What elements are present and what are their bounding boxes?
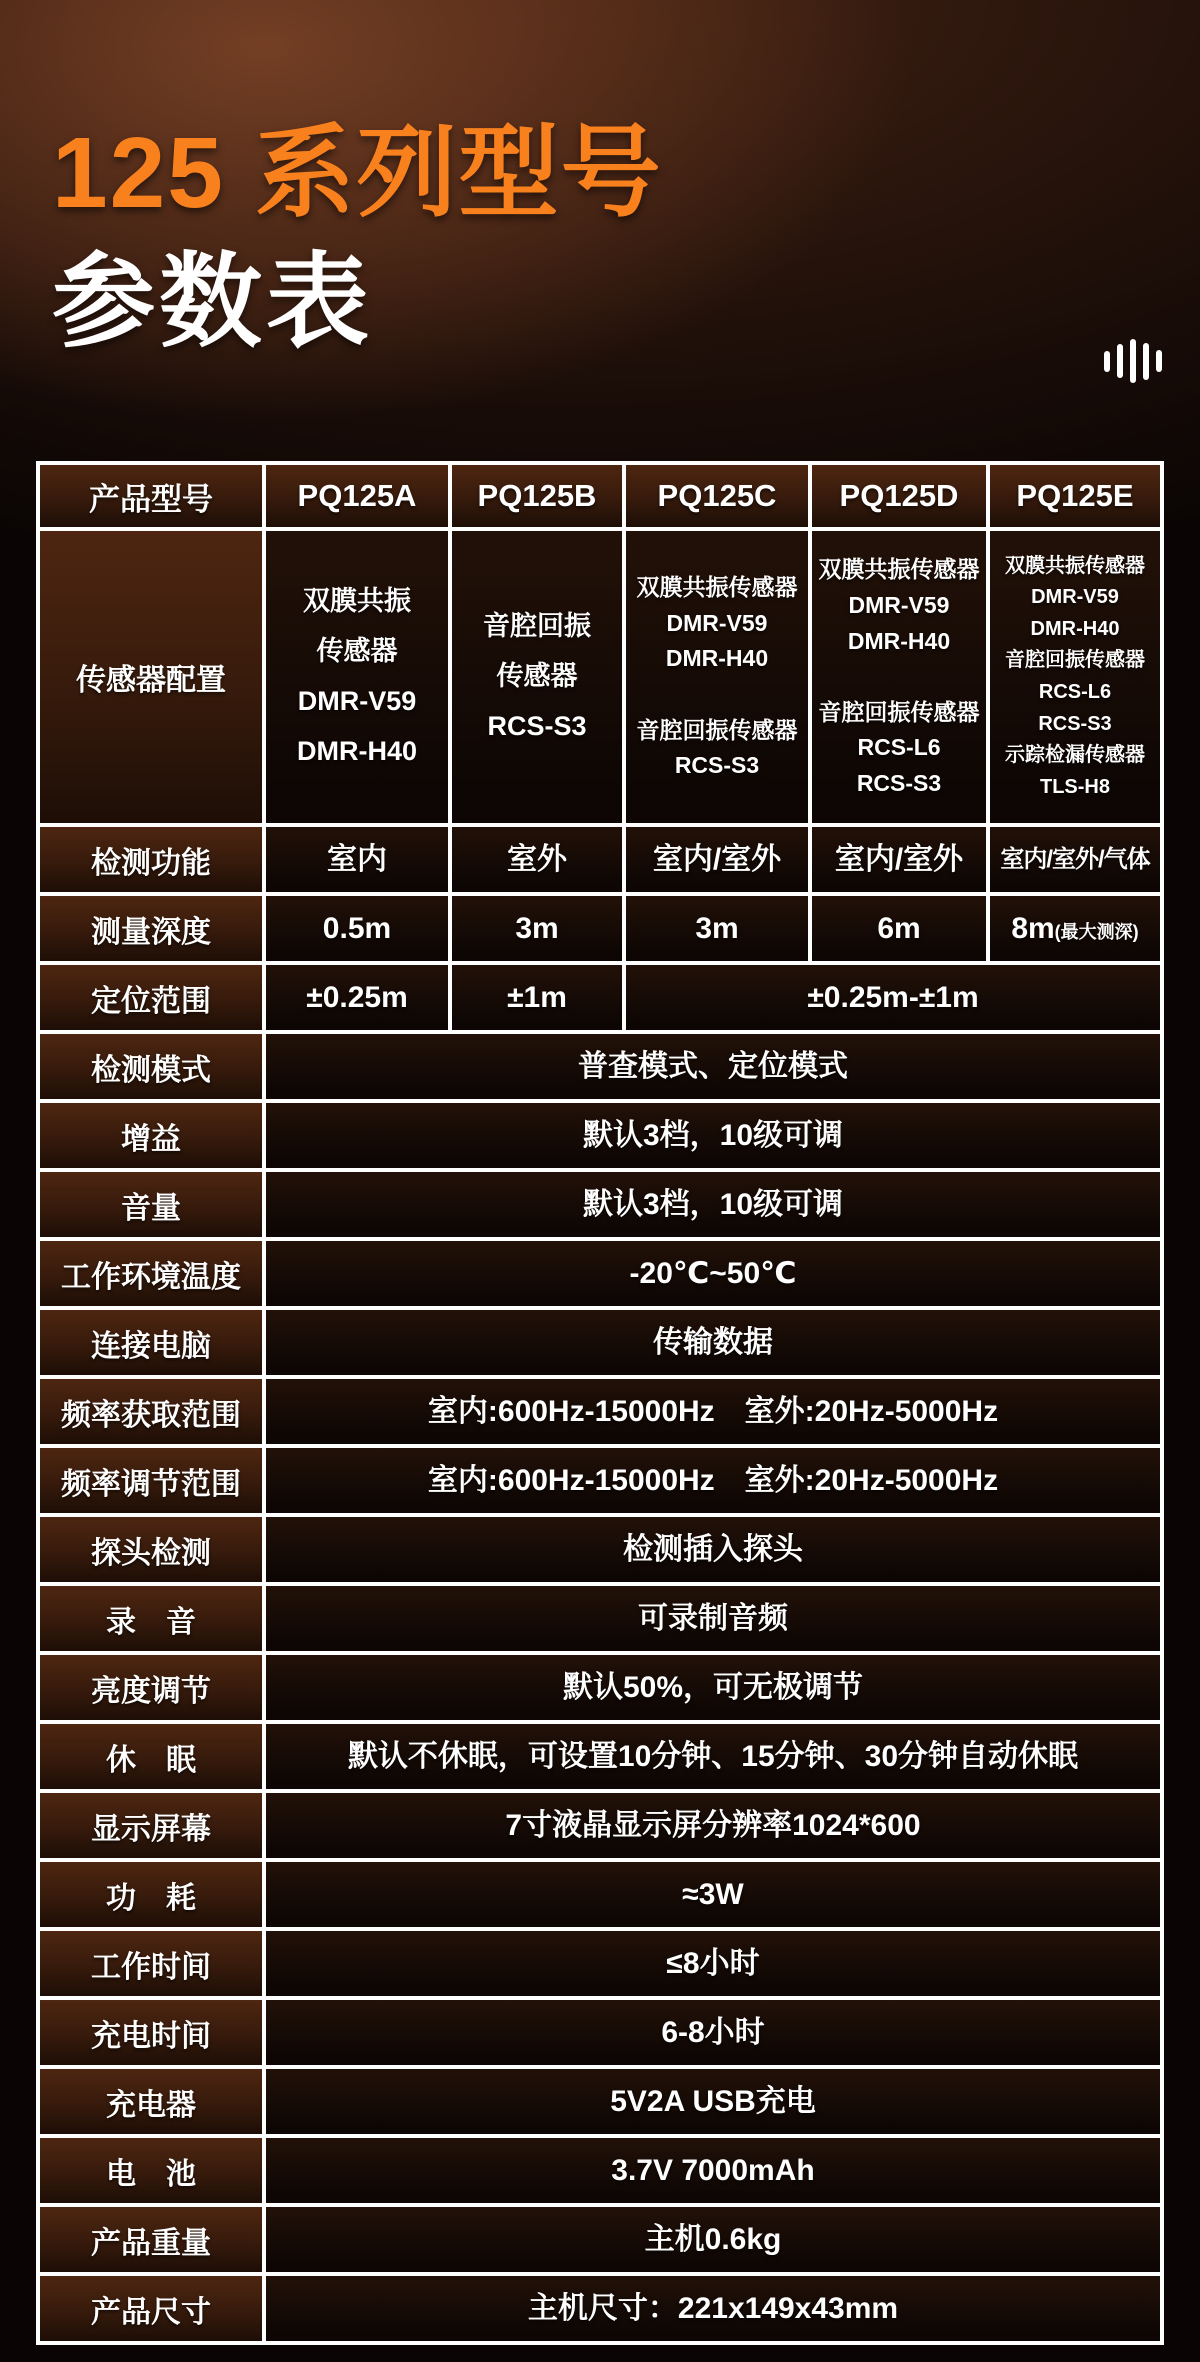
table-row-weight: 产品重量 主机0.6kg (40, 2207, 1160, 2272)
spec-table: 产品型号 PQ125A PQ125B PQ125C PQ125D PQ125E … (36, 461, 1164, 2345)
table-row-battery: 电 池 3.7V 7000mAh (40, 2138, 1160, 2203)
table-row-freq-adjust: 频率调节范围 室内:600Hz-15000Hz 室外:20Hz-5000Hz (40, 1448, 1160, 1513)
detect-function-pq125c: 室内/室外 (626, 827, 808, 892)
table-row-depth: 测量深度 0.5m 3m 3m 6m 8m(最大测深) (40, 896, 1160, 961)
table-row-recording: 录 音 可录制音频 (40, 1586, 1160, 1651)
row-label-sensor-config: 传感器配置 (40, 531, 262, 823)
row-value: 主机尺寸：221x149x43mm (266, 2276, 1160, 2341)
sensor-config-pq125d: 双膜共振传感器 DMR-V59 DMR-H40 音腔回振传感器 RCS-L6 R… (812, 531, 986, 823)
sensor-config-pq125e: 双膜共振传感器 DMR-V59 DMR-H40 音腔回振传感器 RCS-L6 R… (990, 531, 1160, 823)
table-row-charger: 充电器 5V2A USB充电 (40, 2069, 1160, 2134)
row-label-positioning-range: 定位范围 (40, 965, 262, 1030)
table-row-power-consumption: 功 耗 ≈3W (40, 1862, 1160, 1927)
table-row-gain: 增益 默认3档，10级可调 (40, 1103, 1160, 1168)
row-label-depth: 测量深度 (40, 896, 262, 961)
row-value: 默认3档，10级可调 (266, 1103, 1160, 1168)
detect-function-pq125e: 室内/室外/气体 (990, 827, 1160, 892)
table-row-pc-connection: 连接电脑 传输数据 (40, 1310, 1160, 1375)
row-value: 7寸液晶显示屏分辨率1024*600 (266, 1793, 1160, 1858)
row-value: 默认不休眠，可设置10分钟、15分钟、30分钟自动休眠 (266, 1724, 1160, 1789)
row-label: 音量 (40, 1172, 262, 1237)
row-value: 默认50%，可无极调节 (266, 1655, 1160, 1720)
row-label: 探头检测 (40, 1517, 262, 1582)
table-row-sensor-config: 传感器配置 双膜共振 传感器 DMR-V59 DMR-H40 音腔回振 传感器 … (40, 531, 1160, 823)
row-value: 默认3档，10级可调 (266, 1172, 1160, 1237)
sound-wave-icon (1104, 339, 1162, 383)
row-value: 室内:600Hz-15000Hz 室外:20Hz-5000Hz (266, 1448, 1160, 1513)
table-row-freq-acquire: 频率获取范围 室内:600Hz-15000Hz 室外:20Hz-5000Hz (40, 1379, 1160, 1444)
depth-pq125d: 6m (812, 896, 986, 961)
row-value: 室内:600Hz-15000Hz 室外:20Hz-5000Hz (266, 1379, 1160, 1444)
table-row-sleep: 休 眠 默认不休眠，可设置10分钟、15分钟、30分钟自动休眠 (40, 1724, 1160, 1789)
header-pq125d: PQ125D (812, 465, 986, 527)
row-label: 检测模式 (40, 1034, 262, 1099)
row-value: -20℃~50℃ (266, 1241, 1160, 1306)
depth-pq125a: 0.5m (266, 896, 448, 961)
row-label: 充电器 (40, 2069, 262, 2134)
row-value: 5V2A USB充电 (266, 2069, 1160, 2134)
detect-function-pq125d: 室内/室外 (812, 827, 986, 892)
table-row-probe-detect: 探头检测 检测插入探头 (40, 1517, 1160, 1582)
row-label: 功 耗 (40, 1862, 262, 1927)
sensor-config-pq125c: 双膜共振传感器 DMR-V59 DMR-H40 音腔回振传感器 RCS-S3 (626, 531, 808, 823)
detect-function-pq125a: 室内 (266, 827, 448, 892)
row-value: 检测插入探头 (266, 1517, 1160, 1582)
row-value: 主机0.6kg (266, 2207, 1160, 2272)
depth-pq125c: 3m (626, 896, 808, 961)
title-subtitle: 参数表 (52, 238, 663, 367)
row-label: 频率获取范围 (40, 1379, 262, 1444)
row-label: 录 音 (40, 1586, 262, 1651)
table-row-detect-mode: 检测模式 普查模式、定位模式 (40, 1034, 1160, 1099)
depth-pq125b: 3m (452, 896, 622, 961)
range-pq125b: ±1m (452, 965, 622, 1030)
row-label-detect-function: 检测功能 (40, 827, 262, 892)
header-pq125a: PQ125A (266, 465, 448, 527)
row-value: 普查模式、定位模式 (266, 1034, 1160, 1099)
row-label: 增益 (40, 1103, 262, 1168)
sensor-config-pq125b: 音腔回振 传感器 RCS-S3 (452, 531, 622, 823)
table-row-operating-temp: 工作环境温度 -20℃~50℃ (40, 1241, 1160, 1306)
row-label: 产品尺寸 (40, 2276, 262, 2341)
depth-pq125e-value: 8m (1011, 912, 1054, 945)
table-row-brightness: 亮度调节 默认50%，可无极调节 (40, 1655, 1160, 1720)
header-pq125b: PQ125B (452, 465, 622, 527)
row-label: 电 池 (40, 2138, 262, 2203)
row-label: 显示屏幕 (40, 1793, 262, 1858)
depth-pq125e-note: (最大测深) (1055, 922, 1139, 942)
header-product-model: 产品型号 (40, 465, 262, 527)
header-pq125e: PQ125E (990, 465, 1160, 527)
title-series: 125 系列型号 (52, 108, 663, 238)
row-label: 工作环境温度 (40, 1241, 262, 1306)
row-label: 休 眠 (40, 1724, 262, 1789)
table-row-detect-function: 检测功能 室内 室外 室内/室外 室内/室外 室内/室外/气体 (40, 827, 1160, 892)
row-label: 连接电脑 (40, 1310, 262, 1375)
row-value: ≤8小时 (266, 1931, 1160, 1996)
page-title: 125 系列型号 参数表 (52, 108, 663, 367)
table-row-working-time: 工作时间 ≤8小时 (40, 1931, 1160, 1996)
row-value: 3.7V 7000mAh (266, 2138, 1160, 2203)
table-row-display: 显示屏幕 7寸液晶显示屏分辨率1024*600 (40, 1793, 1160, 1858)
table-row-charging-time: 充电时间 6-8小时 (40, 2000, 1160, 2065)
detect-function-pq125b: 室外 (452, 827, 622, 892)
row-label: 工作时间 (40, 1931, 262, 1996)
depth-pq125e: 8m(最大测深) (990, 896, 1160, 961)
row-value: 可录制音频 (266, 1586, 1160, 1651)
range-pq125cde: ±0.25m-±1m (626, 965, 1160, 1030)
table-row-positioning-range: 定位范围 ±0.25m ±1m ±0.25m-±1m (40, 965, 1160, 1030)
header-pq125c: PQ125C (626, 465, 808, 527)
row-label: 亮度调节 (40, 1655, 262, 1720)
spec-poster: 125 系列型号 参数表 产品型号 PQ125A PQ125B PQ125C P… (0, 0, 1200, 2362)
table-row-volume: 音量 默认3档，10级可调 (40, 1172, 1160, 1237)
row-label: 充电时间 (40, 2000, 262, 2065)
row-label: 产品重量 (40, 2207, 262, 2272)
table-row-dimensions: 产品尺寸 主机尺寸：221x149x43mm (40, 2276, 1160, 2341)
table-header-row: 产品型号 PQ125A PQ125B PQ125C PQ125D PQ125E (40, 465, 1160, 527)
row-label: 频率调节范围 (40, 1448, 262, 1513)
row-value: 6-8小时 (266, 2000, 1160, 2065)
sensor-config-pq125a: 双膜共振 传感器 DMR-V59 DMR-H40 (266, 531, 448, 823)
row-value: 传输数据 (266, 1310, 1160, 1375)
range-pq125a: ±0.25m (266, 965, 448, 1030)
row-value: ≈3W (266, 1862, 1160, 1927)
